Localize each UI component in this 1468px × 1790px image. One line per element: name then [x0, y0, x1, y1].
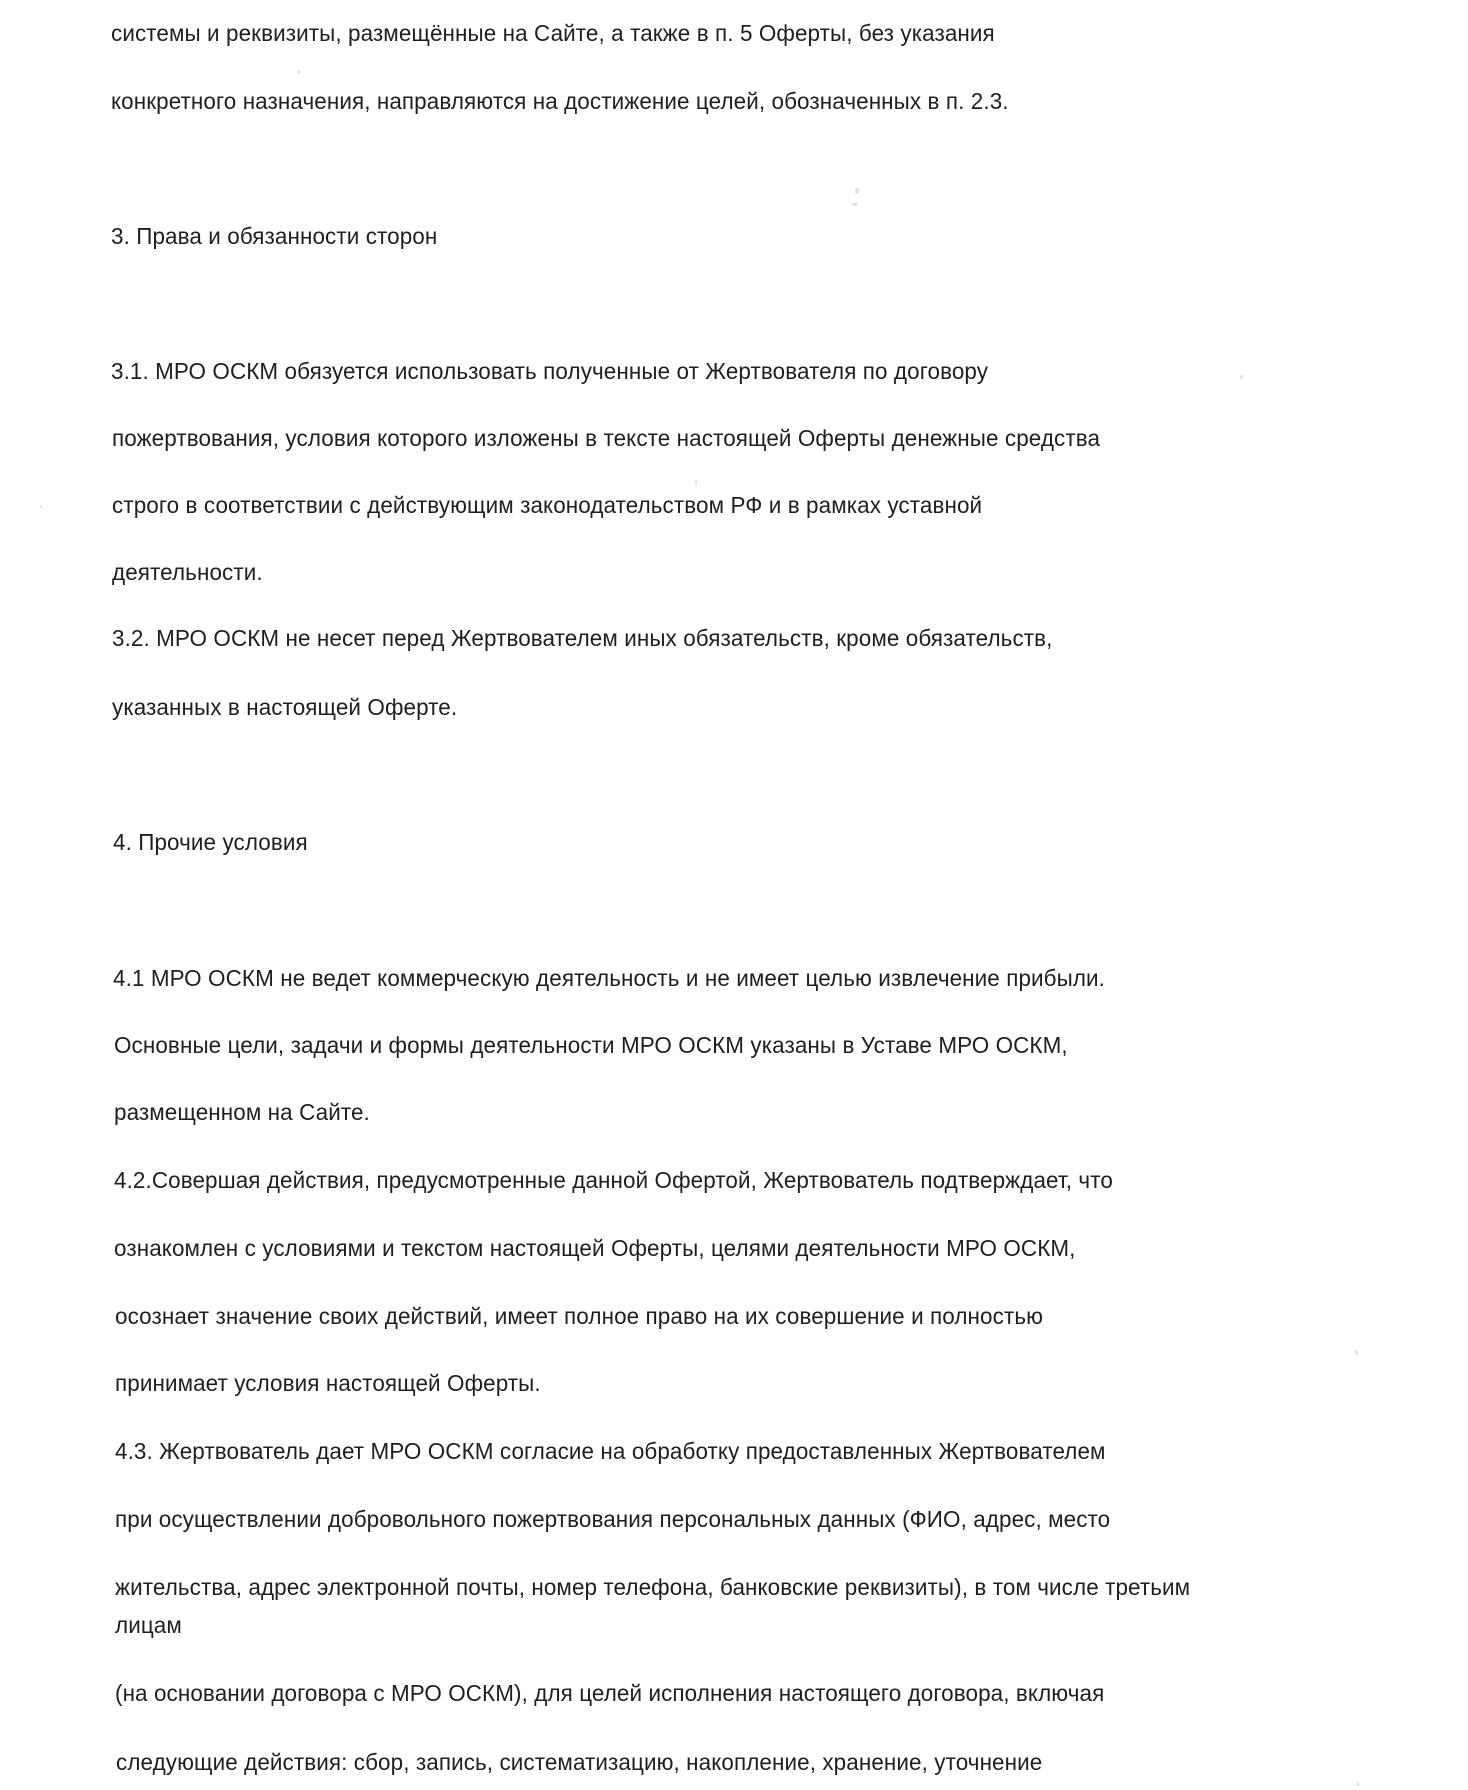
paragraph-line: пожертвования, условия которого изложены…	[112, 424, 1100, 452]
scan-speck	[855, 188, 859, 194]
paragraph-line: следующие действия: сбор, запись, систем…	[116, 1748, 1042, 1776]
paragraph-line: 4.2.Совершая действия, предусмотренные д…	[114, 1166, 1113, 1194]
paragraph-line: (на основании договора с МРО ОСКМ), для …	[115, 1679, 1104, 1707]
paragraph-line: 3.1. МРО ОСКМ обязуется использовать пол…	[111, 357, 988, 385]
paragraph-line: 4.1 МРО ОСКМ не ведет коммерческую деяте…	[113, 964, 1105, 992]
paragraph-line: осознает значение своих действий, имеет …	[115, 1302, 1043, 1330]
paragraph-line: строго в соответствии с действующим зако…	[112, 491, 982, 519]
scan-speck	[298, 70, 300, 74]
section-heading-other-conditions: 4. Прочие условия	[113, 828, 308, 856]
scanned-document-page: системы и реквизиты, размещённые на Сайт…	[0, 0, 1468, 1790]
scan-speck	[1355, 1350, 1358, 1355]
paragraph-line: жительства, адрес электронной почты, ном…	[115, 1573, 1190, 1601]
paragraph-line: принимает условия настоящей Оферты.	[115, 1369, 541, 1397]
scan-speck	[40, 505, 42, 508]
scan-speck	[1240, 375, 1243, 379]
scan-speck	[695, 480, 697, 485]
paragraph-line: конкретного назначения, направляются на …	[111, 87, 1009, 115]
paragraph-line: размещенном на Сайте.	[114, 1098, 370, 1126]
section-heading-rights-obligations: 3. Права и обязанности сторон	[111, 222, 437, 250]
paragraph-line: системы и реквизиты, размещённые на Сайт…	[111, 19, 995, 47]
scan-speck	[1357, 1782, 1359, 1786]
paragraph-line: 3.2. МРО ОСКМ не несет перед Жертвовател…	[112, 624, 1052, 652]
paragraph-line: Основные цели, задачи и формы деятельнос…	[114, 1031, 1068, 1059]
paragraph-line: при осуществлении добровольного пожертво…	[115, 1505, 1110, 1533]
paragraph-line: указанных в настоящей Оферте.	[112, 693, 457, 721]
scan-speck	[852, 203, 858, 206]
paragraph-line: ознакомлен с условиями и текстом настоящ…	[114, 1234, 1075, 1262]
paragraph-line: 4.3. Жертвователь дает МРО ОСКМ согласие…	[115, 1437, 1106, 1465]
paragraph-line: деятельности.	[112, 558, 263, 586]
paragraph-line: лицам	[115, 1611, 182, 1639]
